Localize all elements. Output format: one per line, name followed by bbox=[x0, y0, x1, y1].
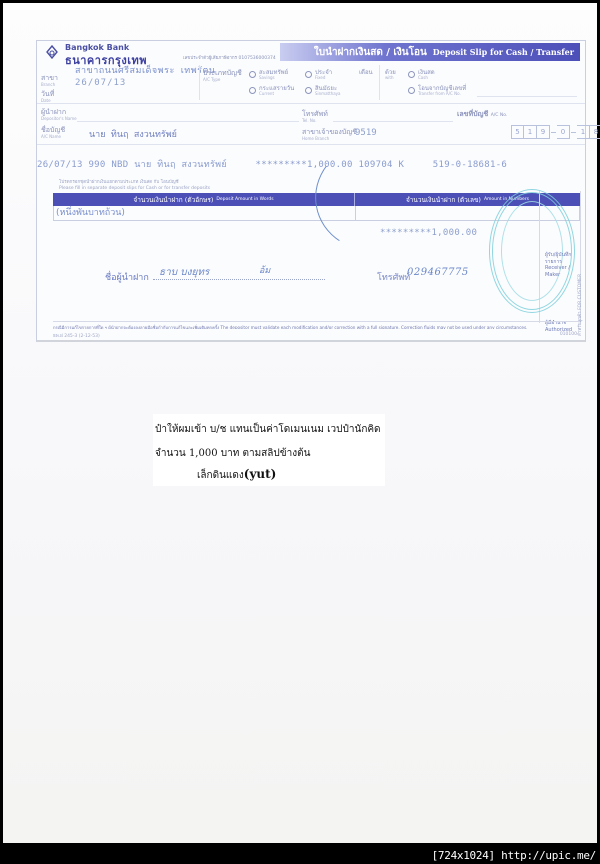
account-number-separator bbox=[570, 125, 577, 139]
form-number: 010100 bbox=[560, 332, 577, 337]
slip-title-bar: ใบนำฝากเงินสด / เงินโอน Deposit Slip for… bbox=[280, 43, 580, 61]
radio-transfer[interactable] bbox=[408, 87, 415, 94]
branch-label: สาขาBranch bbox=[41, 75, 58, 87]
home-branch-label: สาขาเจ้าของบัญชีHome Branch bbox=[302, 129, 357, 141]
radio-fixed[interactable] bbox=[305, 71, 312, 78]
scanned-page: Bangkok Bank ธนาคารกรุงเทพ เลขประจำตัวผู… bbox=[3, 3, 597, 843]
divider bbox=[77, 121, 299, 122]
option-cash: เงินสดCash bbox=[418, 70, 435, 80]
months-label: เดือน bbox=[359, 70, 373, 76]
radio-cash[interactable] bbox=[408, 71, 415, 78]
bangkok-bank-logo-icon bbox=[45, 45, 59, 59]
radio-sinmatthaya[interactable] bbox=[305, 87, 312, 94]
divider bbox=[333, 121, 453, 122]
branch-value: สาขาถนนศรีสมเด็จพระ เทพรัตน bbox=[75, 63, 215, 77]
account-type-label: ประเภทบัญชีA/C Type bbox=[203, 70, 242, 82]
footer-note: กรณีมีการแก้ไขรายการที่ใด ๆ ผู้นำฝากจะต้… bbox=[53, 321, 580, 329]
account-digit-box: 1 bbox=[577, 125, 590, 139]
radio-savings[interactable] bbox=[249, 71, 256, 78]
account-name-label: ชื่อบัญชีA/C Name bbox=[41, 127, 65, 139]
amount-words-header: จำนวนเงินนำฝาก (ตัวอักษร)Deposit Amount … bbox=[53, 193, 355, 206]
print-note: โปรดกรอกชุดนำฝากเงินแยกตามประเภท เงินสด … bbox=[59, 180, 210, 191]
depositor-signature: ธาบ บงยุทร bbox=[159, 265, 209, 280]
radio-current[interactable] bbox=[249, 87, 256, 94]
account-name-value: นาย ทินฤ สงวนทรัพย์ bbox=[89, 127, 177, 141]
account-digit-box: 1 bbox=[524, 125, 537, 139]
form-code: ธพ.ฝ 245-3 (2-12-53) bbox=[53, 332, 100, 339]
account-number-boxes: 5190186816 bbox=[511, 125, 600, 139]
account-number-label: เลขที่บัญชี A/C No. bbox=[457, 111, 507, 119]
transfer-account-line bbox=[477, 96, 577, 97]
depositor-label: ผู้นำฝากDepositor's Name bbox=[41, 109, 77, 121]
amount-words-value: (หนึ่งพันบาทถ้วน) bbox=[54, 206, 356, 220]
option-sinmatthaya: สินมัธยะSinmatthaya bbox=[315, 86, 340, 96]
account-number-separator bbox=[550, 125, 557, 139]
printed-validation-band: 26/07/13 990 NBD นาย ทินฤ สงวนทรัพย์ ***… bbox=[37, 144, 585, 196]
phone-label: โทรศัพท์ bbox=[377, 270, 410, 284]
slip-title-en: Deposit Slip for Cash / Transfer bbox=[433, 47, 574, 57]
account-digit-box: 0 bbox=[557, 125, 570, 139]
depositor-signature-extra: อ้ม bbox=[259, 263, 270, 277]
image-watermark[interactable]: [724x1024] http://upic.me/ bbox=[432, 849, 596, 862]
tel-label: โทรศัพท์Tel. No. bbox=[302, 111, 328, 123]
date-value: 26/07/13 bbox=[75, 78, 126, 88]
option-current: กระแสรายวันCurrent bbox=[259, 86, 294, 96]
date-label: วันที่Date bbox=[41, 91, 54, 103]
tax-id: เลขประจำตัวผู้เสียภาษีอากร 0107536000374 bbox=[183, 54, 276, 61]
printed-validation-line: 26/07/13 990 NBD นาย ทินฤ สงวนทรัพย์ ***… bbox=[37, 157, 507, 171]
option-fixed: ประจำFixed bbox=[315, 70, 332, 80]
divider bbox=[379, 65, 380, 100]
caption-line-2: จำนวน 1,000 บาท ตามสลิปข้างต้น bbox=[155, 446, 310, 461]
divider bbox=[199, 65, 200, 100]
home-branch-value: 9519 bbox=[355, 128, 377, 138]
option-transfer: โอนจากบัญชีเลขที่Transfer from A/C No. bbox=[418, 86, 466, 96]
depositor-signature-label: ชื่อผู้นำฝาก bbox=[105, 270, 149, 284]
divider bbox=[37, 103, 585, 104]
account-digit-box: 8 bbox=[590, 125, 600, 139]
account-digit-box: 9 bbox=[537, 125, 550, 139]
deposit-slip: Bangkok Bank ธนาคารกรุงเทพ เลขประจำตัวผู… bbox=[36, 40, 586, 342]
side-note: สำหรับลูกค้า FOR CUSTOMER bbox=[577, 216, 584, 336]
phone-value: 029467775 bbox=[407, 267, 469, 278]
caption-line-3: เล็กดินแดง(yut) bbox=[197, 467, 276, 483]
option-savings: สะสมทรัพย์Savings bbox=[259, 70, 288, 80]
with-label: ด้วยwith bbox=[385, 70, 396, 80]
account-digit-box: 5 bbox=[511, 125, 524, 139]
slip-title-th: ใบนำฝากเงินสด / เงินโอน bbox=[314, 45, 427, 60]
caption-line-1: ป๋าให้ผมเข้า บ/ช แทนเป็นค่าโดเมนเนม เวปป… bbox=[155, 422, 381, 437]
caption-note: ป๋าให้ผมเข้า บ/ช แทนเป็นค่าโดเมนเนม เวปป… bbox=[153, 414, 385, 486]
